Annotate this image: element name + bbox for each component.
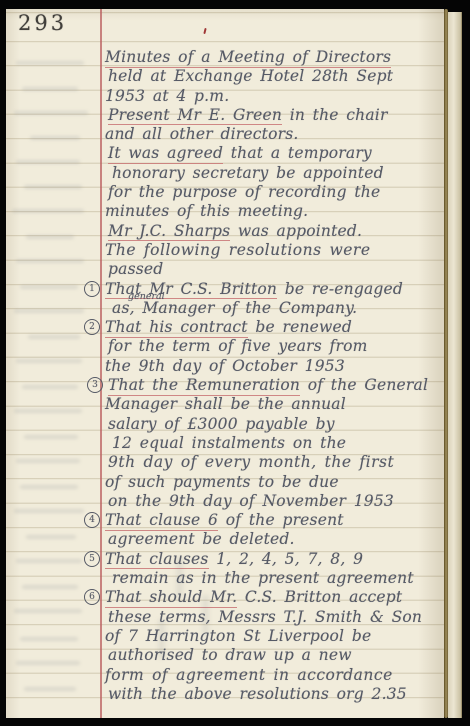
handwriting-text: in the chair xyxy=(282,106,387,124)
handwriting-text: be renewed xyxy=(248,318,352,336)
handwriting-line: agreement be deleted. xyxy=(108,530,441,549)
handwriting-text: remain as in the present agreement xyxy=(112,569,414,587)
resolution-number-badge: 2 xyxy=(84,319,100,335)
handwriting-text: agreement be deleted. xyxy=(108,530,295,548)
handwriting-line: Manager shall be the annual xyxy=(105,395,441,414)
bleed-through-smudge xyxy=(16,259,84,263)
handwriting-line: 6That should Mr. C.S. Britton accept xyxy=(105,588,441,607)
handwriting-text: on the 9th day of November 1953 xyxy=(108,492,394,510)
red-underlined-phrase: That clause 6 xyxy=(105,511,218,531)
bleed-through-smudge xyxy=(16,160,80,164)
red-underlined-phrase: That should Mr. xyxy=(105,588,237,608)
handwriting-text: of the present xyxy=(218,511,344,529)
handwriting-line: for the purpose of recording the xyxy=(108,183,441,202)
bleed-through-smudge xyxy=(22,87,78,91)
bleed-through-smudge xyxy=(16,661,80,665)
handwriting-line: for the term of five years from xyxy=(108,337,441,356)
handwriting-text: with the above resolutions org 2.35 xyxy=(108,685,407,703)
handwriting-line: the 9th day of October 1953 xyxy=(105,357,441,376)
handwriting-text: for the term of five years from xyxy=(108,337,368,355)
handwriting-text: 9th day of every month, the first xyxy=(108,453,394,471)
red-underlined-phrase: Present Mr E. Green xyxy=(108,106,282,126)
bleed-through-smudge xyxy=(14,111,88,115)
handwriting-text: honorary secretary be appointed xyxy=(112,164,384,182)
bleed-through-smudge xyxy=(28,335,80,339)
page-number: 293 xyxy=(18,11,67,35)
bleed-through-smudge xyxy=(16,559,82,563)
scanned-page: 293 Minutes of a Meeting of Directorshel… xyxy=(0,0,470,726)
resolution-number-badge: 3 xyxy=(87,377,103,393)
handwriting-block: Minutes of a Meeting of Directorsheld at… xyxy=(105,48,441,704)
handwriting-line: 12 equal instalments on the xyxy=(112,434,441,453)
handwriting-line: 5That clauses 1, 2, 4, 5, 7, 8, 9 xyxy=(105,550,441,569)
handwriting-text: 1, 2, 4, 5, 7, 8, 9 xyxy=(209,550,364,568)
red-ink-mark xyxy=(203,28,208,35)
handwriting-text: the 9th day of October 1953 xyxy=(105,357,345,375)
bleed-through-smudge xyxy=(16,61,84,65)
bleed-through-smudge xyxy=(20,637,78,641)
handwriting-text: minutes of this meeting. xyxy=(105,202,308,220)
handwriting-line: Present Mr E. Green in the chair xyxy=(108,106,441,125)
bleed-through-smudge xyxy=(14,309,84,313)
bleed-through-smudge xyxy=(14,509,84,513)
bleed-through-smudge xyxy=(158,619,165,659)
red-underlined-phrase: Minutes of a Meeting of Directors xyxy=(105,48,391,68)
bleed-through-smudge xyxy=(176,557,183,597)
bleed-through-smudge xyxy=(26,535,76,539)
handwriting-line: 3That the Remuneration of the General xyxy=(108,376,441,395)
handwriting-line: and all other directors. xyxy=(105,125,441,144)
handwriting-line: held at Exchange Hotel 28th Sept xyxy=(108,67,441,86)
handwriting-line: 4That clause 6 of the present xyxy=(105,511,441,530)
bleed-through-smudge xyxy=(30,136,80,140)
resolution-number-badge: 4 xyxy=(84,512,100,528)
ledger-page: 293 Minutes of a Meeting of Directorshel… xyxy=(6,9,444,718)
handwriting-text: passed xyxy=(108,260,163,278)
handwriting-line: Minutes of a Meeting of Directors xyxy=(105,48,441,67)
handwriting-line: The following resolutions were xyxy=(105,241,441,260)
handwriting-text: and all other directors. xyxy=(105,125,299,143)
resolution-number-badge: 5 xyxy=(84,551,100,567)
handwriting-line: 1953 at 4 p.m. xyxy=(105,87,441,106)
handwriting-text: C.S. Britton accept xyxy=(237,588,402,606)
handwriting-text: Manager of the Company. xyxy=(135,299,357,317)
handwriting-text: 12 equal instalments on the xyxy=(112,434,346,452)
bleed-through-smudge xyxy=(22,385,78,389)
handwriting-text: held at Exchange Hotel 28th Sept xyxy=(108,67,393,85)
resolution-number-badge: 1 xyxy=(84,281,100,297)
handwriting-line: of 7 Harrington St Liverpool be xyxy=(105,627,441,646)
handwriting-line: with the above resolutions org 2.35 xyxy=(108,685,441,704)
handwriting-line: It was agreed that a temporary xyxy=(108,144,441,163)
handwriting-line: Mr J.C. Sharps was appointed. xyxy=(108,222,441,241)
bleed-through-smudge xyxy=(16,359,82,363)
handwriting-text: of such payments to be due xyxy=(105,473,339,491)
margin-rule-line xyxy=(100,9,102,718)
handwriting-line: honorary secretary be appointed xyxy=(112,164,441,183)
handwriting-line: 2That his contract be renewed xyxy=(105,318,441,337)
handwriting-text: be re-engaged xyxy=(277,280,403,298)
inserted-word-above-line: general xyxy=(128,292,165,301)
bleed-through-smudge xyxy=(20,285,78,289)
bleed-through-smudge xyxy=(14,409,82,413)
red-underlined-phrase: Mr J.C. Sharps xyxy=(108,222,230,242)
bleed-through-smudge xyxy=(24,185,82,189)
bleed-through-smudge xyxy=(12,209,84,213)
handwriting-text: authorised to draw up a new xyxy=(108,646,352,664)
bleed-through-smudge xyxy=(26,235,74,239)
handwriting-line: as,general Manager of the Company. xyxy=(112,299,441,318)
red-underlined-phrase: It was agreed xyxy=(108,144,223,164)
handwriting-text: salary of £3000 payable by xyxy=(108,415,335,433)
red-underlined-phrase: That the Remuneration xyxy=(108,376,300,396)
bleed-through-smudge xyxy=(16,459,80,463)
handwriting-text: for the purpose of recording the xyxy=(108,183,380,201)
bleed-through-smudge xyxy=(22,585,78,589)
resolution-number-badge: 6 xyxy=(84,589,100,605)
handwriting-text: of the General xyxy=(300,376,428,394)
handwriting-line: 9th day of every month, the first xyxy=(108,453,441,472)
bleed-through-smudge xyxy=(24,435,78,439)
handwriting-text: of 7 Harrington St Liverpool be xyxy=(105,627,371,645)
handwriting-text: was appointed. xyxy=(230,222,362,240)
handwriting-text: that a temporary xyxy=(223,144,372,162)
handwriting-line: passed xyxy=(108,260,441,279)
handwriting-line: salary of £3000 payable by xyxy=(108,415,441,434)
red-underlined-phrase: That clauses xyxy=(105,550,209,570)
bleed-through-smudge xyxy=(24,687,76,691)
next-page-edge xyxy=(448,12,462,718)
handwriting-line: form of agreement in accordance xyxy=(105,666,441,685)
bleed-through-smudge xyxy=(20,485,78,489)
handwriting-text: The following resolutions were xyxy=(105,241,371,259)
bleed-through-smudge xyxy=(202,595,209,635)
handwriting-text: form of agreement in accordance xyxy=(105,666,393,684)
handwriting-line: of such payments to be due xyxy=(105,473,441,492)
handwriting-line: on the 9th day of November 1953 xyxy=(108,492,441,511)
red-underlined-phrase: That his contract xyxy=(105,318,248,338)
handwriting-text: these terms, Messrs T.J. Smith & Son xyxy=(108,608,422,626)
handwriting-text: Manager shall be the annual xyxy=(105,395,346,413)
bleed-through-smudge xyxy=(14,609,82,613)
handwriting-line: remain as in the present agreement xyxy=(112,569,441,588)
handwriting-line: minutes of this meeting. xyxy=(105,202,441,221)
handwriting-text: 1953 at 4 p.m. xyxy=(105,87,229,105)
